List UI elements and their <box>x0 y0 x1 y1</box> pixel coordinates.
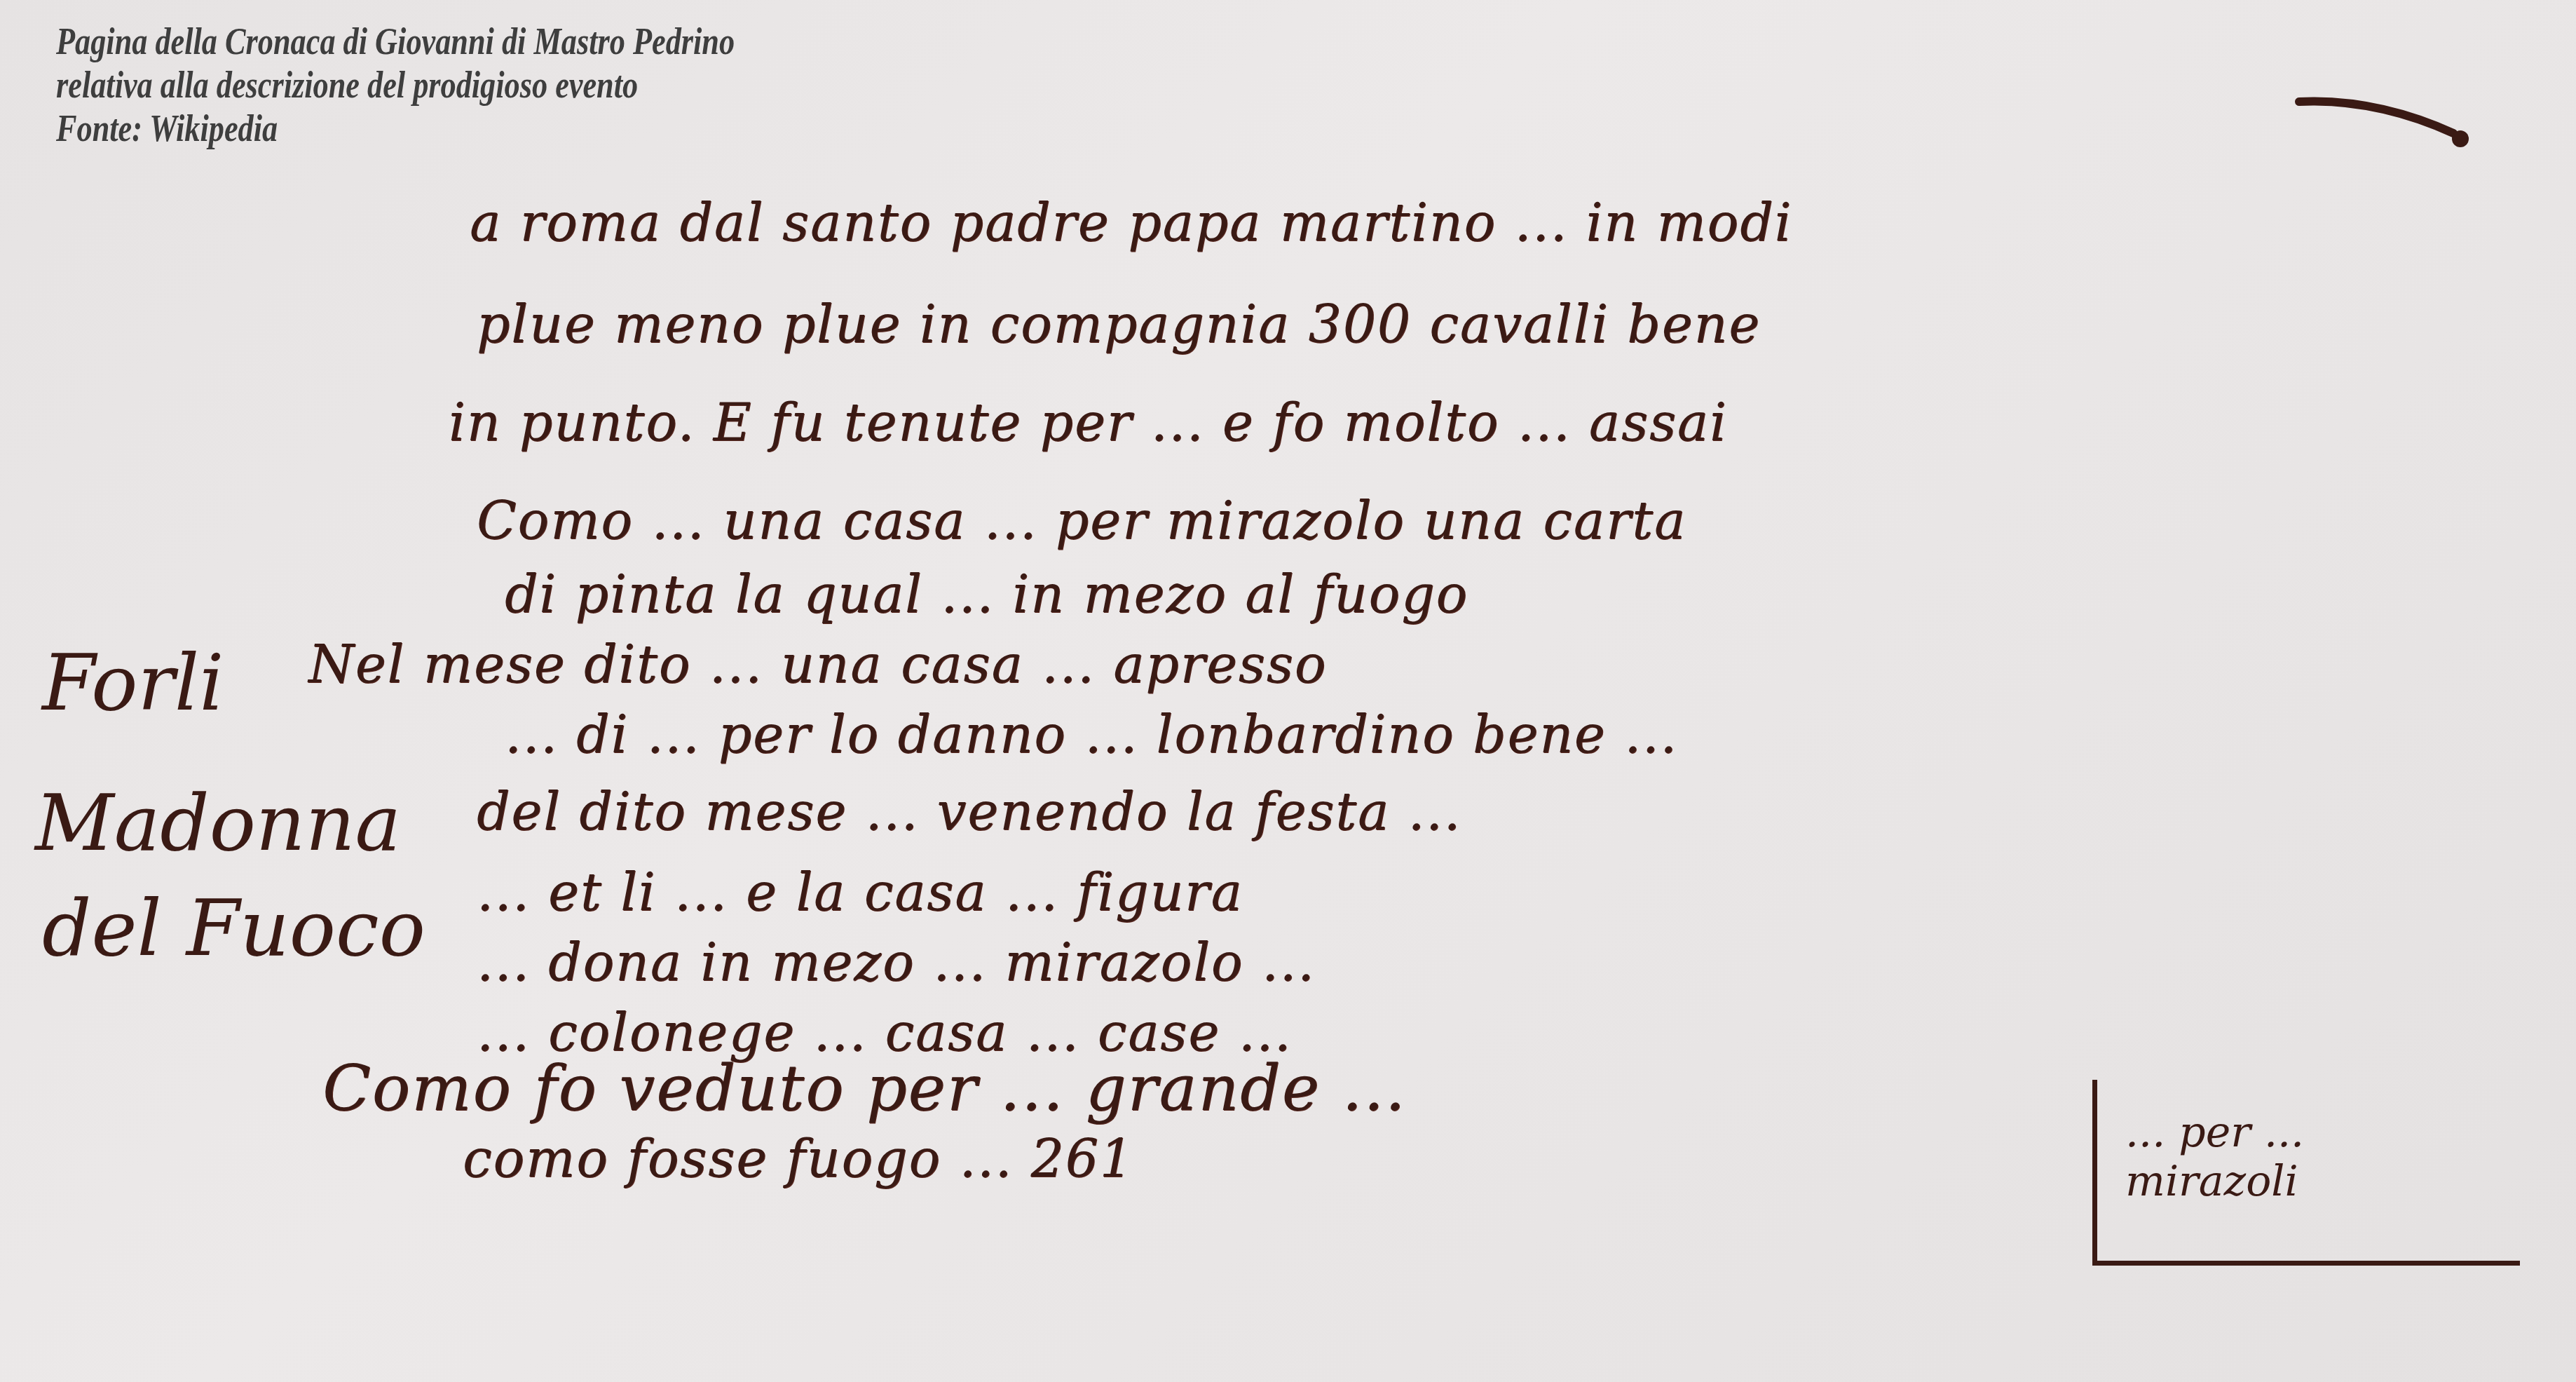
manuscript-line: a roma dal santo padre papa martino ... … <box>470 193 1792 253</box>
manuscript-line: plue meno plue in compagnia 300 cavalli … <box>477 294 1761 355</box>
manuscript-line: del dito mese ... venendo la festa ... <box>477 782 1461 842</box>
boxed-annotation-line: ... per ... <box>2125 1108 2520 1157</box>
caption: Pagina della Cronaca di Giovanni di Mast… <box>56 20 735 150</box>
manuscript-line: Como ... una casa ... per mirazolo una c… <box>477 491 1686 551</box>
manuscript-line: Nel mese dito ... una casa ... apresso <box>308 635 1327 695</box>
top-right-flourish <box>2292 84 2488 161</box>
manuscript-line: di pinta la qual ... in mezo al fuogo <box>505 564 1468 625</box>
manuscript-line: Como fo veduto per ... grande ... <box>322 1052 1406 1125</box>
margin-note-forli: Forli <box>42 638 224 728</box>
manuscript-line: in punto. E fu tenute per ... e fo molto… <box>449 393 1728 453</box>
caption-title: Pagina della Cronaca di Giovanni di Mast… <box>56 20 735 63</box>
manuscript-line: ... di ... per lo danno ... lonbardino b… <box>505 705 1678 765</box>
boxed-annotation: ... per ... mirazoli <box>2092 1080 2520 1266</box>
caption-source: Fonte: Wikipedia <box>56 107 735 150</box>
margin-note-del-fuoco: del Fuoco <box>42 883 425 973</box>
caption-subtitle: relativa alla descrizione del prodigioso… <box>56 63 735 107</box>
manuscript-line: como fosse fuogo ... 261 <box>463 1129 1134 1189</box>
manuscript-line: ... et li ... e la casa ... figura <box>477 862 1243 923</box>
boxed-annotation-line: mirazoli <box>2125 1157 2520 1206</box>
margin-note-madonna: Madonna <box>35 778 401 868</box>
manuscript-line: ... dona in mezo ... mirazolo ... <box>477 933 1315 993</box>
